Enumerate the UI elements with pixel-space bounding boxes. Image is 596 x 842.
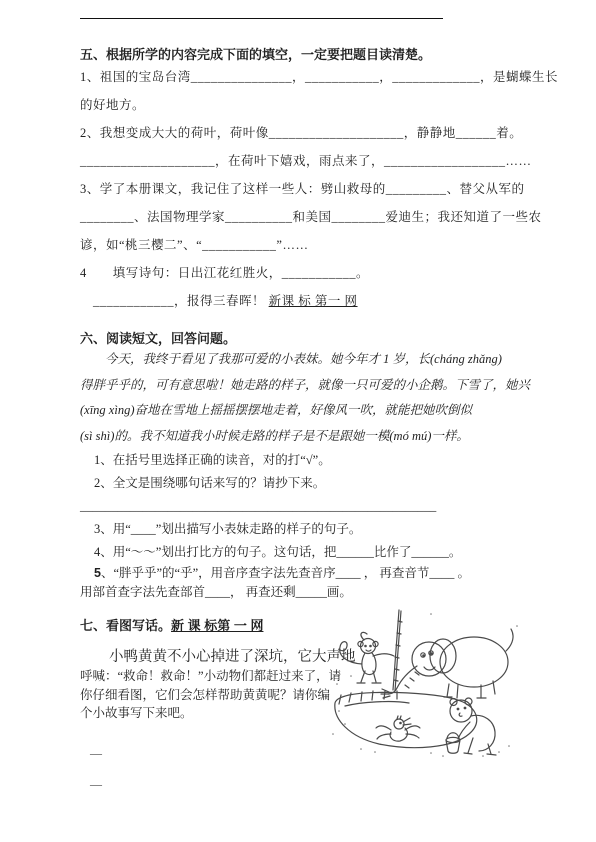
bamboo-pole-icon	[393, 610, 402, 691]
fill-blank-line: 谚，如“桃三樱二”、“___________”……	[80, 231, 520, 259]
poem-line-text: ____________，报得三春晖！	[80, 294, 265, 308]
prompt-first-line: 小鸭黄黄不小心掉进了深坑，它大声地	[80, 647, 342, 667]
section5-heading: 五、根据所学的内容完成下面的填空，一定要把题目读清楚。	[80, 47, 520, 63]
monkey-icon	[339, 632, 394, 683]
story-illustration	[331, 606, 523, 758]
reading-passage: 今天，我终于看见了我那可爱的小表妹。她今年才 1 岁，长(cháng zhǎng…	[80, 347, 520, 449]
fill-blank-line: 3、学了本册课文，我记住了这样一些人：劈山救母的_________、替父从军的	[80, 175, 520, 203]
fill-blank-line: 1、祖国的宝岛台湾_______________，___________，___…	[80, 63, 520, 91]
question-3: 3、用“____”划出描写小表妹走路的样子的句子。	[80, 518, 520, 541]
worksheet-page: 五、根据所学的内容完成下面的填空，一定要把题目读清楚。 1、祖国的宝岛台湾___…	[0, 0, 596, 842]
fill-blank-line: 的好地方。	[80, 91, 520, 119]
question-5-number: 5	[94, 566, 101, 580]
duckling-icon	[376, 716, 420, 741]
writing-line-start: —	[90, 778, 520, 790]
section6-heading: 六、阅读短文，回答问题。	[80, 331, 520, 347]
passage-line: (sì shì)的。我不知道我小时候走路的样子是不是跟她一模(mó mú)一样。	[80, 424, 520, 450]
question-4: 4、用“～～”划出打比方的句子。这句话，把______比作了______。	[80, 541, 520, 564]
question-5: 5、“胖乎乎”的“乎”，用音序查字法先查音序____ ， 再查音节____ 。 …	[80, 564, 520, 602]
question-1: 1、在括号里选择正确的读音，对的打“√”。	[80, 449, 520, 472]
picture-writing-prompt: 小鸭黄黄不小心掉进了深坑，它大声地 呼喊：“救命！救命！”小动物们都赶过来了，请…	[80, 647, 342, 723]
question-5-line2: 用部首查字法先查部首____， 再查还剩_____画。	[80, 583, 520, 602]
elephant-icon	[381, 629, 513, 698]
question-2: 2、全文是围绕哪句话来写的？请抄下来。	[80, 472, 520, 495]
dust-dots	[332, 613, 518, 757]
answer-blank-line: ________________________________________…	[80, 495, 520, 518]
bear-icon	[450, 698, 496, 755]
question-5-line1: 5、“胖乎乎”的“乎”，用音序查字法先查音序____ ， 再查音节____ 。	[80, 564, 520, 583]
xkb-site-link[interactable]: 新课 标 第一 网	[269, 294, 358, 308]
fill-blank-line: ____________________，在荷叶下嬉戏，雨点来了，_______…	[80, 147, 520, 175]
bucket-icon	[446, 733, 460, 754]
page-header-rule	[80, 18, 443, 19]
question-5-text: 、“胖乎乎”的“乎”，用音序查字法先查音序____ ， 再查音节____ 。	[101, 566, 470, 580]
prompt-body: 呼喊：“救命！救命！”小动物们都赶过来了，请你仔细看图，它们会怎样帮助黄黄呢？请…	[80, 667, 342, 723]
section7-heading-text: 七、看图写话。	[80, 618, 171, 633]
passage-line: 得胖乎乎的，可有意思啦！她走路的样子，就像一只可爱的小企鹅。下雪了，她兴	[80, 373, 520, 399]
fill-blank-line-with-link: ____________，报得三春晖！ 新课 标 第一 网	[80, 287, 520, 315]
xkb-site-link-bold[interactable]: 新 课 标第 一 网	[171, 618, 263, 633]
fill-blank-line: 4 填写诗句：日出江花红胜火，___________。	[80, 259, 520, 287]
passage-line: (xīng xìng)奋地在雪地上摇摇摆摆地走着，好像风一吹，就能把她吹倒似	[80, 398, 520, 424]
passage-line: 今天，我终于看见了我那可爱的小表妹。她今年才 1 岁，长(cháng zhǎng…	[80, 347, 520, 373]
fill-blank-line: 2、我想变成大大的荷叶，荷叶像____________________，静静地_…	[80, 119, 520, 147]
fill-blank-line: ________、法国物理学家__________和美国________爱迪生；…	[80, 203, 520, 231]
